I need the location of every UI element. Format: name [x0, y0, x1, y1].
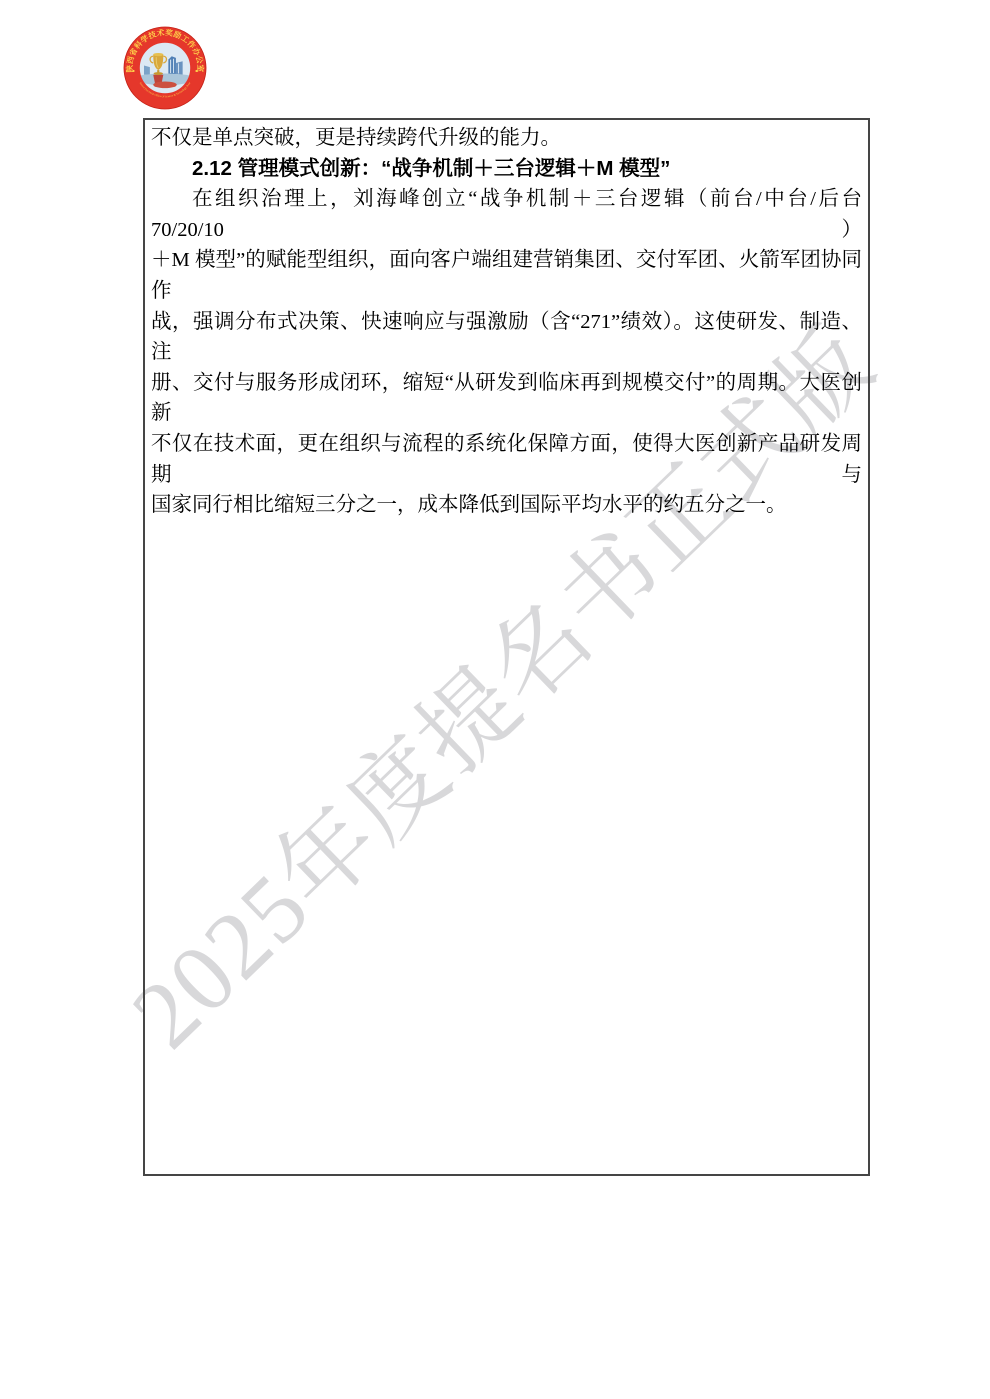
body-line: 在组织治理上，刘海峰创立“战争机制＋三台逻辑（前台/中台/后台 70/20/10…	[151, 184, 862, 245]
seal-left-star	[132, 70, 134, 72]
content-box: 不仅是单点突破，更是持续跨代升级的能力。 2.12 管理模式创新：“战争机制＋三…	[143, 118, 870, 1176]
official-seal: 陕西省科学技术奖励工作办公室 Shaanxi Provincial Office…	[123, 26, 207, 110]
body-line: 不仅在技术面，更在组织与流程的系统化保障方面，使得大医创新产品研发周期与	[151, 429, 862, 490]
body-line: 战，强调分布式决策、快速响应与强激励（含“271”绩效）。这使研发、制造、注	[151, 307, 862, 368]
section-heading: 2.12 管理模式创新：“战争机制＋三台逻辑＋M 模型”	[151, 154, 862, 185]
document-page: 陕西省科学技术奖励工作办公室 Shaanxi Provincial Office…	[0, 0, 990, 1399]
seal-right-star	[195, 70, 197, 72]
continuation-line: 不仅是单点突破，更是持续跨代升级的能力。	[151, 123, 862, 154]
body-line: 册、交付与服务形成闭环，缩短“从研发到临床再到规模交付”的周期。大医创新	[151, 368, 862, 429]
body-line: ＋M 模型”的赋能型组织，面向客户端组建营销集团、交付军团、火箭军团协同作	[151, 245, 862, 306]
body-line: 国家同行相比缩短三分之一，成本降低到国际平均水平的约五分之一。	[151, 490, 862, 521]
